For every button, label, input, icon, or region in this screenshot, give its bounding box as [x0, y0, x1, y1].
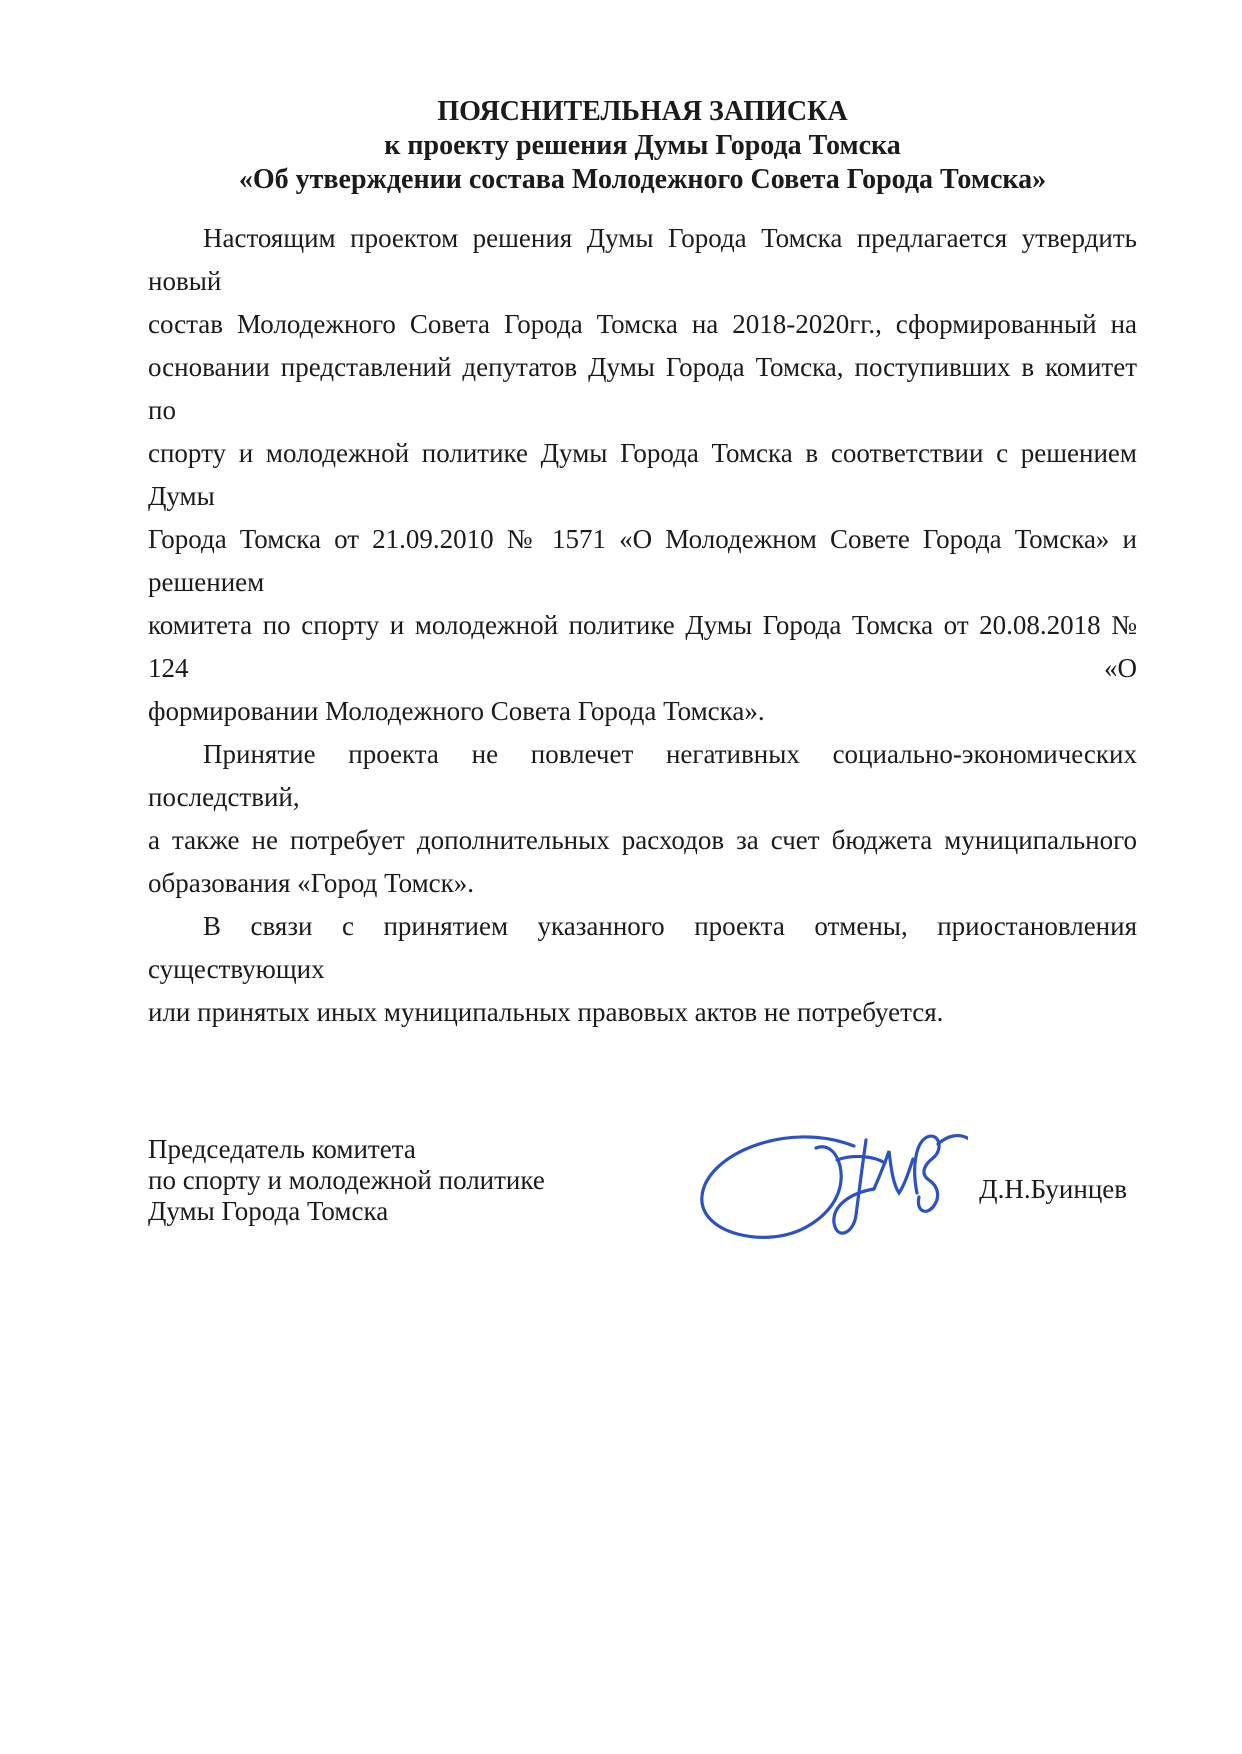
paragraph: Принятие проекта не повлечет негативных … — [148, 733, 1137, 905]
body-line: или принятых иных муниципальных правовых… — [148, 991, 1137, 1034]
signature-block: Председатель комитета по спорту и молоде… — [148, 1134, 1137, 1294]
title-line-1: ПОЯСНИТЕЛЬНАЯ ЗАПИСКА — [148, 95, 1137, 129]
body-paragraphs: Настоящим проектом решения Думы Города Т… — [148, 217, 1137, 1034]
document-page: ПОЯСНИТЕЛЬНАЯ ЗАПИСКА к проекту решения … — [0, 0, 1242, 1754]
body-line: состав Молодежного Совета Города Томска … — [148, 303, 1137, 346]
body-line: основании представлений депутатов Думы Г… — [148, 346, 1137, 432]
paragraph: В связи с принятием указанного проекта о… — [148, 905, 1137, 1034]
body-line: спорту и молодежной политике Думы Города… — [148, 432, 1137, 518]
paragraph: Настоящим проектом решения Думы Города Т… — [148, 217, 1137, 733]
signer-position-line-1: Председатель комитета — [148, 1134, 1137, 1165]
body-line: Настоящим проектом решения Думы Города Т… — [148, 217, 1137, 303]
document-title: ПОЯСНИТЕЛЬНАЯ ЗАПИСКА к проекту решения … — [148, 95, 1137, 197]
title-line-3: «Об утверждении состава Молодежного Сове… — [148, 163, 1137, 197]
body-line: Города Томска от 21.09.2010 № 1571 «О Мо… — [148, 518, 1137, 604]
body-line: Принятие проекта не повлечет негативных … — [148, 733, 1137, 819]
body-line: комитета по спорту и молодежной политике… — [148, 604, 1137, 690]
body-line: формировании Молодежного Совета Города Т… — [148, 690, 1137, 733]
body-line: а также не потребует дополнительных расх… — [148, 819, 1137, 862]
title-line-2: к проекту решения Думы Города Томска — [148, 129, 1137, 163]
body-line: образования «Город Томск». — [148, 862, 1137, 905]
body-line: В связи с принятием указанного проекта о… — [148, 905, 1137, 991]
signer-name: Д.Н.Буинцев — [979, 1174, 1127, 1205]
